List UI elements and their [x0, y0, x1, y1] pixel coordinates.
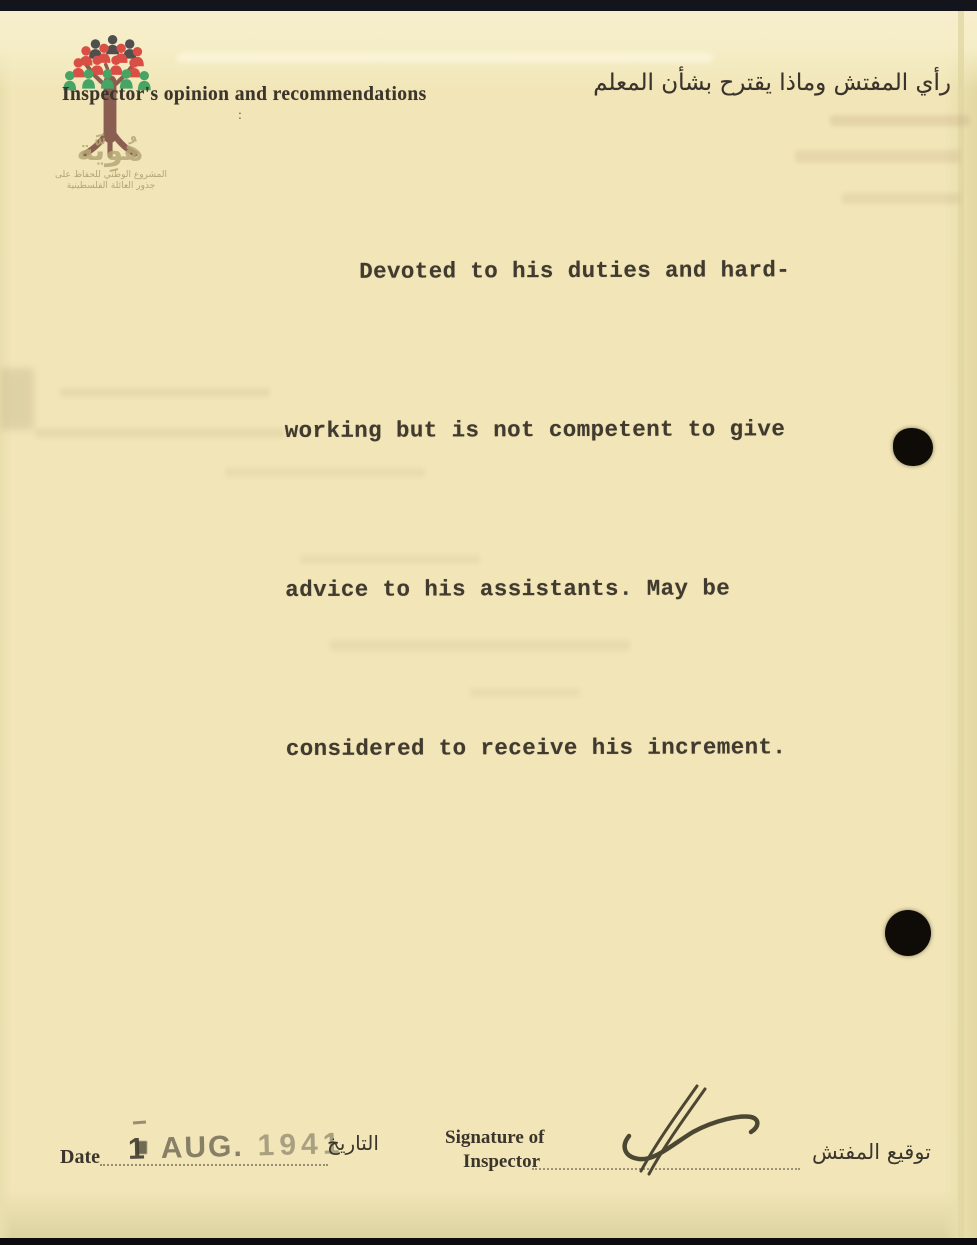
remark-line: considered to receive his increment. — [286, 721, 846, 776]
bleed-through-smudge — [35, 428, 285, 438]
date-stamp: 1AUG.1941 — [128, 1127, 345, 1167]
scan-edge-bottom — [0, 1238, 977, 1245]
remark-line: working but is not competent to give — [285, 403, 845, 458]
signature-label-arabic: توقيع المفتش — [812, 1140, 931, 1164]
bleed-through-smudge — [842, 193, 960, 204]
date-label-arabic: التاريخ — [327, 1131, 379, 1155]
remark-line: advice to his assistants. May be — [285, 562, 845, 617]
logo-tagline-line1: المشروع الوطني للحفاظ على — [38, 170, 184, 181]
stamp-day: 1 — [128, 1132, 148, 1165]
bleed-through-smudge — [225, 468, 425, 477]
scanned-document-page: هُوِيَّة المشروع الوطني للحفاظ على جذور … — [0, 0, 977, 1245]
signature-label-line1: Signature of — [445, 1127, 544, 1148]
bleed-through-smudge — [300, 555, 480, 564]
punch-hole — [885, 910, 931, 956]
bleed-through-smudge — [60, 388, 270, 397]
bleed-through-smudge — [330, 640, 630, 651]
scan-glare-streak — [178, 53, 712, 62]
bleed-through-smudge — [795, 150, 960, 163]
bleed-through-smudge — [830, 115, 970, 126]
logo-wordmark-arabic: هُوِيَّة — [50, 133, 170, 167]
stamp-ink-artifact — [133, 1121, 146, 1125]
bleed-through-smudge — [470, 688, 580, 697]
section-heading-arabic: رأي المفتش وماذا يقترح بشأن المعلم — [593, 70, 951, 96]
logo-tagline-line2: جذور العائلة الفلسطينية — [38, 181, 184, 192]
section-heading-english: Inspector's opinion and recommendations — [62, 84, 427, 106]
signature-label-english: Signature of Inspector — [445, 1126, 544, 1174]
huwiyya-project-logo: هُوِيَّة المشروع الوطني للحفاظ على جذور … — [50, 30, 170, 210]
logo-tagline: المشروع الوطني للحفاظ على جذور العائلة ا… — [38, 170, 184, 192]
inspector-signature — [595, 1072, 805, 1187]
punch-hole — [893, 428, 933, 466]
date-label-english: Date — [60, 1146, 100, 1169]
stamp-month: AUG. — [160, 1130, 244, 1165]
remark-line: Devoted to his duties and hard- — [359, 244, 844, 299]
typewritten-remarks: Devoted to his duties and hard- working … — [284, 138, 847, 882]
heading-colon-mark: : — [238, 108, 242, 124]
scan-edge-top — [0, 0, 977, 11]
bleed-through-smudge — [0, 368, 34, 430]
